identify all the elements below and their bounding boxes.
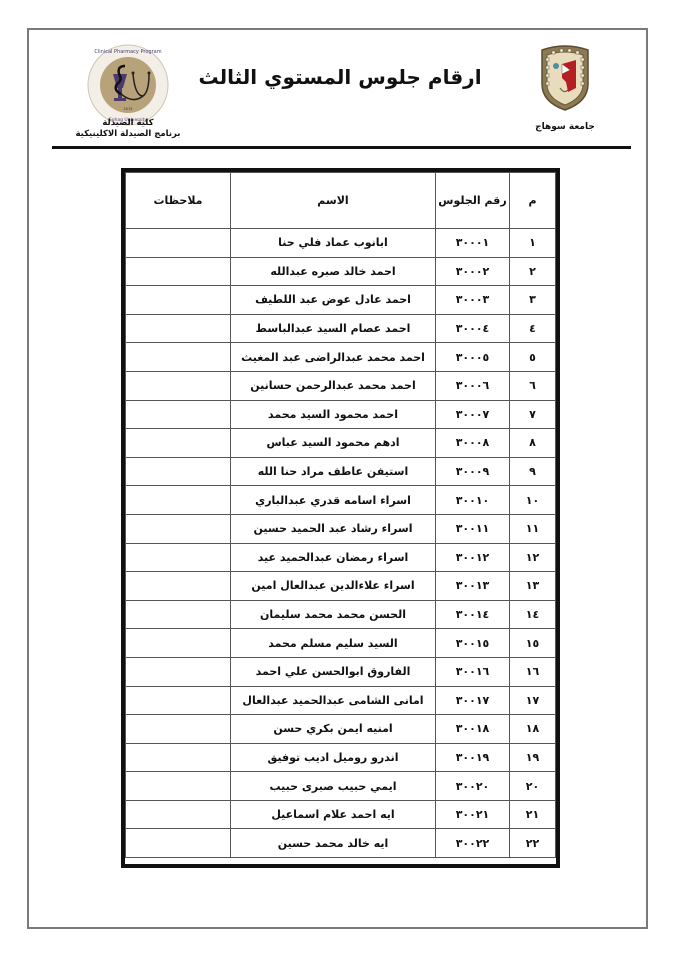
seat-number: ٣٠٠١٧ <box>436 686 510 715</box>
notes-cell <box>126 829 231 858</box>
row-index: ٩ <box>510 457 556 486</box>
table-row: ٥٣٠٠٠٥احمد محمد عبدالراضى عبد المغيث <box>126 343 556 372</box>
notes-cell <box>126 486 231 515</box>
table-row: ١٨٣٠٠١٨امنيه ايمن بكري حسن <box>126 715 556 744</box>
row-index: ٥ <box>510 343 556 372</box>
student-name: امنيه ايمن بكري حسن <box>231 715 436 744</box>
student-name: اسراء رشاد عبد الحميد حسين <box>231 514 436 543</box>
notes-cell <box>126 457 231 486</box>
student-name: اسراء اسامه قدري عبدالباري <box>231 486 436 515</box>
notes-cell <box>126 572 231 601</box>
notes-cell <box>126 543 231 572</box>
student-name: اسراء علاءالدين عبدالعال امين <box>231 572 436 601</box>
student-name: ابانوب عماد فلي حنا <box>231 229 436 258</box>
table-row: ١٣٠٠٠١ابانوب عماد فلي حنا <box>126 229 556 258</box>
seat-number: ٣٠٠١٣ <box>436 572 510 601</box>
seat-number: ٣٠٠١٩ <box>436 743 510 772</box>
table-row: ١٠٣٠٠١٠اسراء اسامه قدري عبدالباري <box>126 486 556 515</box>
notes-cell <box>126 629 231 658</box>
row-index: ١٠ <box>510 486 556 515</box>
pharmacy-caption: كلية الصيدلة برنامج الصيدلة الاكلينيكية <box>60 118 196 140</box>
seat-number: ٣٠٠٢٠ <box>436 772 510 801</box>
row-index: ٢٠ <box>510 772 556 801</box>
row-index: ١ <box>510 229 556 258</box>
student-name: احمد محمود السيد محمد <box>231 400 436 429</box>
notes-cell <box>126 257 231 286</box>
notes-cell <box>126 657 231 686</box>
row-index: ١٩ <box>510 743 556 772</box>
row-index: ٨ <box>510 429 556 458</box>
header-divider <box>52 146 631 149</box>
roster-table: م رقم الجلوس الاسم ملاحظات ١٣٠٠٠١ابانوب … <box>125 172 556 858</box>
program-name: برنامج الصيدلة الاكلينيكية <box>60 129 196 140</box>
notes-cell <box>126 715 231 744</box>
table-row: ٢٢٣٠٠٢٢ايه خالد محمد حسين <box>126 829 556 858</box>
notes-cell <box>126 800 231 829</box>
clinical-pharmacy-logo-icon: 2015 Clinical Pharmacy Program Sohag Uni… <box>87 44 169 126</box>
row-index: ٢٢ <box>510 829 556 858</box>
notes-cell <box>126 514 231 543</box>
seat-number: ٣٠٠٢١ <box>436 800 510 829</box>
notes-cell <box>126 772 231 801</box>
row-index: ١٢ <box>510 543 556 572</box>
seat-number: ٣٠٠١٦ <box>436 657 510 686</box>
notes-cell <box>126 371 231 400</box>
student-name: احمد خالد صبره عبدالله <box>231 257 436 286</box>
student-name: استيفن عاطف مراد حنا الله <box>231 457 436 486</box>
seat-number: ٣٠٠٠٧ <box>436 400 510 429</box>
table-row: ٤٣٠٠٠٤احمد عصام السيد عبدالباسط <box>126 314 556 343</box>
table-row: ١٦٣٠٠١٦الفاروق ابوالحسن علي احمد <box>126 657 556 686</box>
row-index: ٣ <box>510 286 556 315</box>
notes-cell <box>126 229 231 258</box>
row-index: ٢١ <box>510 800 556 829</box>
notes-cell <box>126 286 231 315</box>
seat-number: ٣٠٠٠٣ <box>436 286 510 315</box>
table-row: ٧٣٠٠٠٧احمد محمود السيد محمد <box>126 400 556 429</box>
university-caption: جامعة سوهاج <box>520 122 610 132</box>
student-name: احمد عصام السيد عبدالباسط <box>231 314 436 343</box>
student-name: الحسن محمد محمد سليمان <box>231 600 436 629</box>
seat-number: ٣٠٠٠٤ <box>436 314 510 343</box>
row-index: ١٨ <box>510 715 556 744</box>
university-crest-icon <box>538 44 592 112</box>
svg-text:2015: 2015 <box>124 107 133 111</box>
notes-cell <box>126 400 231 429</box>
seat-number: ٣٠٠١٥ <box>436 629 510 658</box>
seat-number: ٣٠٠٠٨ <box>436 429 510 458</box>
seat-number: ٣٠٠١٨ <box>436 715 510 744</box>
faculty-name: كلية الصيدلة <box>60 118 196 129</box>
notes-cell <box>126 743 231 772</box>
table-header-row: م رقم الجلوس الاسم ملاحظات <box>126 173 556 229</box>
seat-number: ٣٠٠٠٦ <box>436 371 510 400</box>
row-index: ٢ <box>510 257 556 286</box>
table-row: ٢٠٣٠٠٢٠ايمي حبيب صبرى حبيب <box>126 772 556 801</box>
student-name: السيد سليم مسلم محمد <box>231 629 436 658</box>
table-row: ١٤٣٠٠١٤الحسن محمد محمد سليمان <box>126 600 556 629</box>
student-name: ادهم محمود السيد عباس <box>231 429 436 458</box>
seat-number: ٣٠٠١٠ <box>436 486 510 515</box>
table-row: ١٧٣٠٠١٧امانى الشامى عبدالحميد عبدالعال <box>126 686 556 715</box>
row-index: ١٣ <box>510 572 556 601</box>
student-name: امانى الشامى عبدالحميد عبدالعال <box>231 686 436 715</box>
seat-number: ٣٠٠١٤ <box>436 600 510 629</box>
seat-numbers-table: م رقم الجلوس الاسم ملاحظات ١٣٠٠٠١ابانوب … <box>121 168 560 868</box>
column-header-index: م <box>510 173 556 229</box>
seat-number: ٣٠٠١١ <box>436 514 510 543</box>
student-name: ايه احمد علام اسماعيل <box>231 800 436 829</box>
student-name: الفاروق ابوالحسن علي احمد <box>231 657 436 686</box>
student-name: ايه خالد محمد حسين <box>231 829 436 858</box>
table-row: ١٩٣٠٠١٩اندرو روميل اديب توفيق <box>126 743 556 772</box>
notes-cell <box>126 314 231 343</box>
seat-number: ٣٠٠٠١ <box>436 229 510 258</box>
notes-cell <box>126 343 231 372</box>
table-row: ١٥٣٠٠١٥السيد سليم مسلم محمد <box>126 629 556 658</box>
row-index: ١٥ <box>510 629 556 658</box>
seat-number: ٣٠٠٠٥ <box>436 343 510 372</box>
row-index: ١٦ <box>510 657 556 686</box>
table-row: ٣٣٠٠٠٣احمد عادل عوض عبد اللطيف <box>126 286 556 315</box>
row-index: ٦ <box>510 371 556 400</box>
table-row: ٨٣٠٠٠٨ادهم محمود السيد عباس <box>126 429 556 458</box>
column-header-name: الاسم <box>231 173 436 229</box>
table-row: ٦٣٠٠٠٦احمد محمد عبدالرحمن حسانين <box>126 371 556 400</box>
student-name: ايمي حبيب صبرى حبيب <box>231 772 436 801</box>
seat-number: ٣٠٠٠٢ <box>436 257 510 286</box>
table-row: ١١٣٠٠١١اسراء رشاد عبد الحميد حسين <box>126 514 556 543</box>
row-index: ٤ <box>510 314 556 343</box>
logo-ring-text-top: Clinical Pharmacy Program <box>94 49 161 55</box>
table-row: ٢٣٠٠٠٢احمد خالد صبره عبدالله <box>126 257 556 286</box>
table-row: ١٣٣٠٠١٣اسراء علاءالدين عبدالعال امين <box>126 572 556 601</box>
column-header-notes: ملاحظات <box>126 173 231 229</box>
notes-cell <box>126 600 231 629</box>
seat-number: ٣٠٠٠٩ <box>436 457 510 486</box>
table-row: ٩٣٠٠٠٩استيفن عاطف مراد حنا الله <box>126 457 556 486</box>
seat-number: ٣٠٠٢٢ <box>436 829 510 858</box>
student-name: اسراء رمضان عبدالحميد عيد <box>231 543 436 572</box>
page-title: ارقام جلوس المستوي الثالث <box>190 65 490 89</box>
row-index: ٧ <box>510 400 556 429</box>
student-name: احمد عادل عوض عبد اللطيف <box>231 286 436 315</box>
notes-cell <box>126 686 231 715</box>
notes-cell <box>126 429 231 458</box>
row-index: ١١ <box>510 514 556 543</box>
student-name: احمد محمد عبدالرحمن حسانين <box>231 371 436 400</box>
student-name: احمد محمد عبدالراضى عبد المغيث <box>231 343 436 372</box>
column-header-seat-number: رقم الجلوس <box>436 173 510 229</box>
seat-number: ٣٠٠١٢ <box>436 543 510 572</box>
table-row: ١٢٣٠٠١٢اسراء رمضان عبدالحميد عيد <box>126 543 556 572</box>
student-name: اندرو روميل اديب توفيق <box>231 743 436 772</box>
table-row: ٢١٣٠٠٢١ايه احمد علام اسماعيل <box>126 800 556 829</box>
row-index: ١٧ <box>510 686 556 715</box>
row-index: ١٤ <box>510 600 556 629</box>
